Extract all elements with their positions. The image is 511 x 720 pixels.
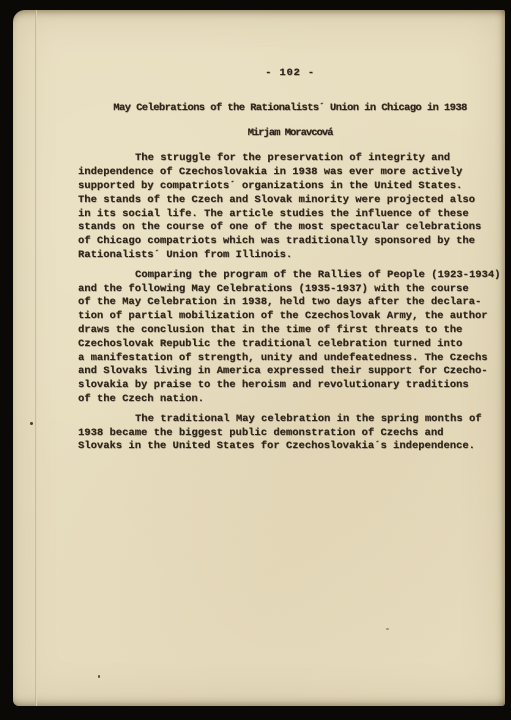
book-page-edge-strip [13, 10, 35, 706]
ink-speck [98, 675, 100, 678]
book-page-edge-line [35, 10, 37, 706]
author-name: Mirjam Moravcová [78, 127, 502, 141]
book-page: - 102 - May Celebrations of the Rational… [13, 10, 505, 706]
page-number: - 102 - [78, 67, 502, 81]
abstract-paragraph: Comparing the program of the Rallies of … [78, 269, 502, 407]
abstract-paragraph: The traditional May celebration in the s… [78, 413, 502, 454]
ink-speck [30, 422, 33, 425]
ink-speck [386, 628, 389, 630]
abstract-paragraph: The struggle for the preservation of int… [78, 152, 502, 262]
page-content: - 102 - May Celebrations of the Rational… [78, 67, 502, 460]
article-title: May Celebrations of the Rationalists´ Un… [78, 102, 502, 116]
photo-background: - 102 - May Celebrations of the Rational… [0, 0, 511, 720]
